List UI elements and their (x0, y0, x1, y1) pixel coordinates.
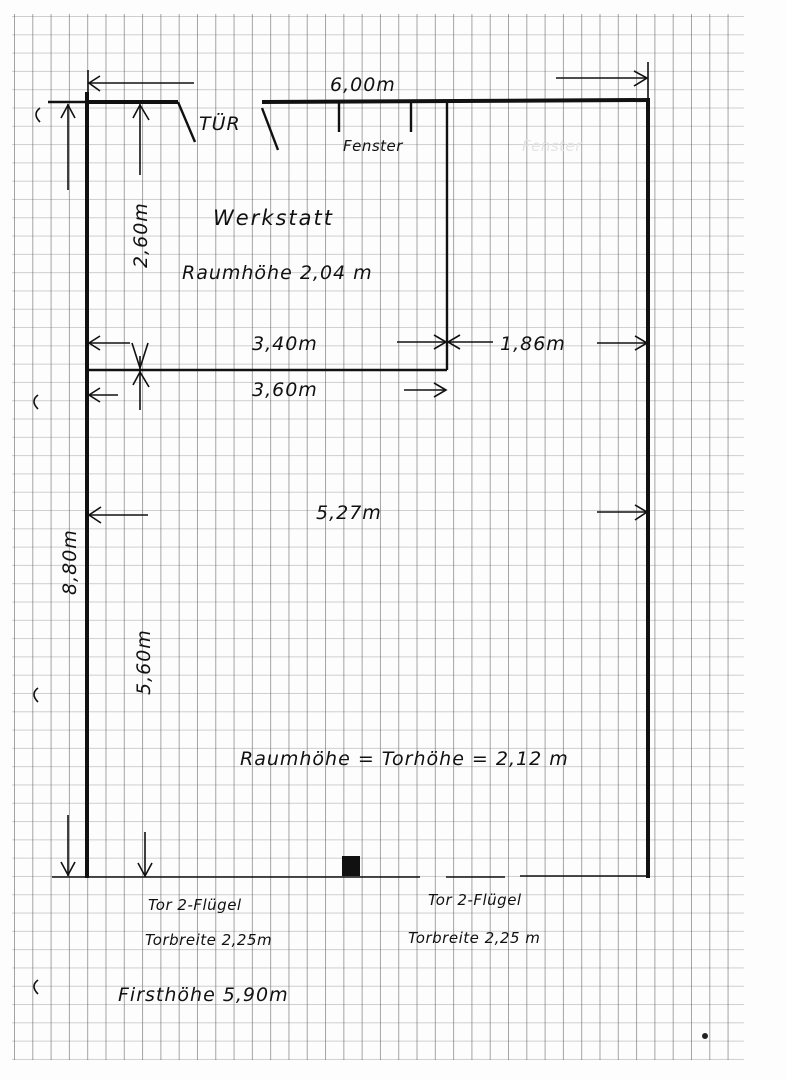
window-symbol (339, 102, 411, 132)
ridge-height: Firsthöhe 5,90m (118, 984, 289, 1006)
window-label: Fenster (343, 137, 403, 155)
room-name: Werkstatt (213, 206, 334, 230)
dim-workshop-inner-width: 3,40m (252, 333, 318, 355)
gate-left-width: Torbreite 2,25m (145, 931, 272, 949)
gate-right-width: Torbreite 2,25 m (408, 929, 540, 947)
ink-blot (702, 1033, 708, 1039)
scanned-page: 6,00m TÜR Fenster Fenster Werkstatt Raum… (0, 0, 786, 1080)
dim-workshop-depth: 2,60m (130, 202, 152, 268)
garage-room-height: Raumhöhe = Torhöhe = 2,12 m (240, 748, 569, 770)
door-label: TÜR (199, 112, 241, 135)
gate-right-type: Tor 2-Flügel (428, 891, 522, 909)
center-post (342, 856, 360, 876)
dim-workshop-outer-width: 3,60m (252, 379, 318, 401)
top-wall-right (262, 100, 648, 102)
binder-marks (34, 108, 40, 994)
workshop-room-height: Raumhöhe 2,04 m (182, 262, 373, 284)
dim-garage-width: 5,27m (316, 502, 382, 524)
floor-plan: 6,00m TÜR Fenster Fenster Werkstatt Raum… (0, 0, 786, 1080)
dim-total-width: 6,00m (330, 74, 396, 96)
gate-line (52, 856, 648, 877)
dim-side-strip: 1,86m (500, 333, 566, 355)
dim-garage-depth: 5,60m (133, 629, 155, 695)
dim-total-depth: 8,80m (59, 529, 81, 595)
faded-window-label: Fenster (522, 137, 582, 155)
gate-left-type: Tor 2-Flügel (148, 896, 242, 914)
